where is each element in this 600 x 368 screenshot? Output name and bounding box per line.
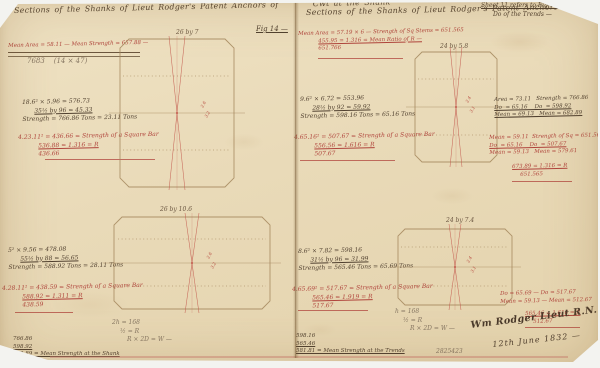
bottom-ribbon-line [50,356,568,358]
label-text: 24 by 5.8 [440,43,468,50]
date-text: 12th June 1832 — [492,331,581,349]
summary-line: 766.86 [13,336,120,344]
fig-text: Fig 14 — [256,25,288,34]
calc-block-trend-1: 9.6² × 6.72 = 553.96 28½ by 92 = 59.92 S… [300,93,415,121]
dimension-text: 3.1 [468,105,476,113]
center-point [176,112,178,114]
label-text: 26 by 7 [176,29,199,36]
label-text: 24 by 7.4 [446,217,474,224]
dimension-text: 2.6 [205,251,213,260]
paper-sheet: Sections of the Shanks of Lieut Rodger's… [0,0,600,368]
drawing-label-4: 24 by 7.4 [446,217,474,226]
dimension-text: 2.4 [464,95,472,104]
dimension-text: 3.2 [203,110,211,119]
margin-line: Mean = 59.13 Mean = 579.61 [489,148,600,158]
label-text: 26 by 10.6 [160,206,192,213]
pencil-reference: 7683 (14 × 47) [27,57,87,66]
section-drawing-2: 2.6 3.2 [113,216,271,310]
title-text: Sections of the Shanks of Lieut Rodger's… [14,0,304,16]
pencil-formula-right: h = 168 ½ = R R × 2D = W — [395,308,455,334]
red-underline [512,181,572,182]
scanned-document: Sections of the Shanks of Lieut Rodger's… [0,0,600,368]
dimension-text: 2.6 [199,100,207,109]
red-underline [318,58,403,59]
formula-line: ½ = R [112,328,172,337]
dimension-text: 3.1 [469,265,477,273]
sheet-reference-note: Sheet 11 refers to Fig 14 Sheet 2 — Do o… [481,2,590,19]
drawing-label-1: 26 by 7 [176,29,199,38]
center-point [454,266,456,268]
signature-red-block: Do = 65.69 — Do = 517.67 Mean = 59.13 — … [500,289,592,306]
dimension-text: 2.4 [465,255,473,264]
center-point [191,262,193,264]
formula-line: h = 168 [395,308,455,317]
formula-line: 2h = 168 [112,319,172,328]
red-underline [15,312,73,313]
section-drawing-3: 2.4 3.1 [414,51,498,163]
margin-line: Mean = 69.13 Mean = 682.89 [494,110,588,120]
summary-line: 598.92 [13,344,120,352]
center-point [455,106,457,108]
document-title-left: Sections of the Shanks of Lieut Rodger's… [14,0,304,16]
formula-line: R × 2D = W — [112,336,172,345]
drawing-label-2: 26 by 10.6 [160,206,192,215]
margin-red-block: Mean = 59.11 Strength of Sq = 651.565 Do… [489,132,600,157]
note-line: Sheet 11 refers to Fig 14 Sheet 2 — [481,2,590,11]
summary-line: 581.81 = Mean Strength at the Trends [296,348,405,356]
center-fold-line [293,2,299,358]
calc-block-shank-2: 5² × 9.56 = 478.08 55½ by 88 = 56.65 Str… [8,244,123,272]
red-underline [300,160,395,161]
fig-reference: Fig 14 — [256,25,288,34]
red-underline [298,310,368,311]
summary-line: 598.16 [296,333,405,341]
note-line: Do of the Trends — [481,11,590,20]
pencil-text: 7683 (14 × 47) [27,57,87,66]
margin-black-block: Area = 73.11 Strength = 766.86 Do = 65.1… [494,95,589,120]
ratio-line: 651.565 [512,170,568,179]
calc-line: Strength = 598.16 Tons = 65.16 Tons [300,111,415,122]
calc-line: Mean = 59.13 — Mean = 512.67 [500,297,592,307]
summary-right: 598.16 565.46 581.81 = Mean Strength at … [296,333,405,356]
dimension-text: 3.2 [209,261,217,270]
ratio-line: 673.89 = 1.316 = R [512,163,568,172]
pencil-formula-left: 2h = 168 ½ = R R × 2D = W — [112,319,172,345]
margin-ratio-block: 673.89 = 1.316 = R 651.565 [512,163,568,179]
formula-line: ½ = R [395,317,455,326]
section-drawing-4: 2.4 3.1 [397,228,513,306]
summary-line: 565.46 [296,341,405,349]
serial-text: 2825423 [436,348,463,355]
signature-date: 12th June 1832 — [492,331,581,349]
section-drawing-1: 2.6 3.2 [119,38,235,188]
red-underline [525,327,580,328]
